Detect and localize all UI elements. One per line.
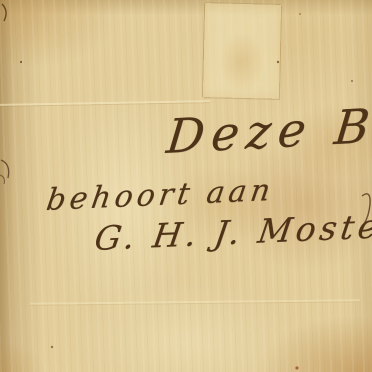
paper-crease bbox=[0, 100, 210, 106]
left-edge-flourish bbox=[1, 160, 9, 178]
aged-paper-photo: Deze B behoort aan G. H. J. Moste bbox=[0, 0, 372, 372]
left-edge-flourish bbox=[0, 175, 5, 184]
paper-crease bbox=[30, 299, 360, 304]
ink-speck bbox=[299, 13, 301, 15]
ink-speck bbox=[351, 80, 353, 82]
red-speck bbox=[295, 366, 298, 369]
paper-patch bbox=[203, 3, 281, 99]
inscription-line-2: behoort aan bbox=[44, 173, 276, 218]
left-edge-flourish bbox=[2, 4, 6, 21]
ink-speck bbox=[20, 61, 22, 63]
inscription-line-1: Deze B bbox=[164, 99, 372, 165]
ink-speck bbox=[51, 346, 53, 348]
